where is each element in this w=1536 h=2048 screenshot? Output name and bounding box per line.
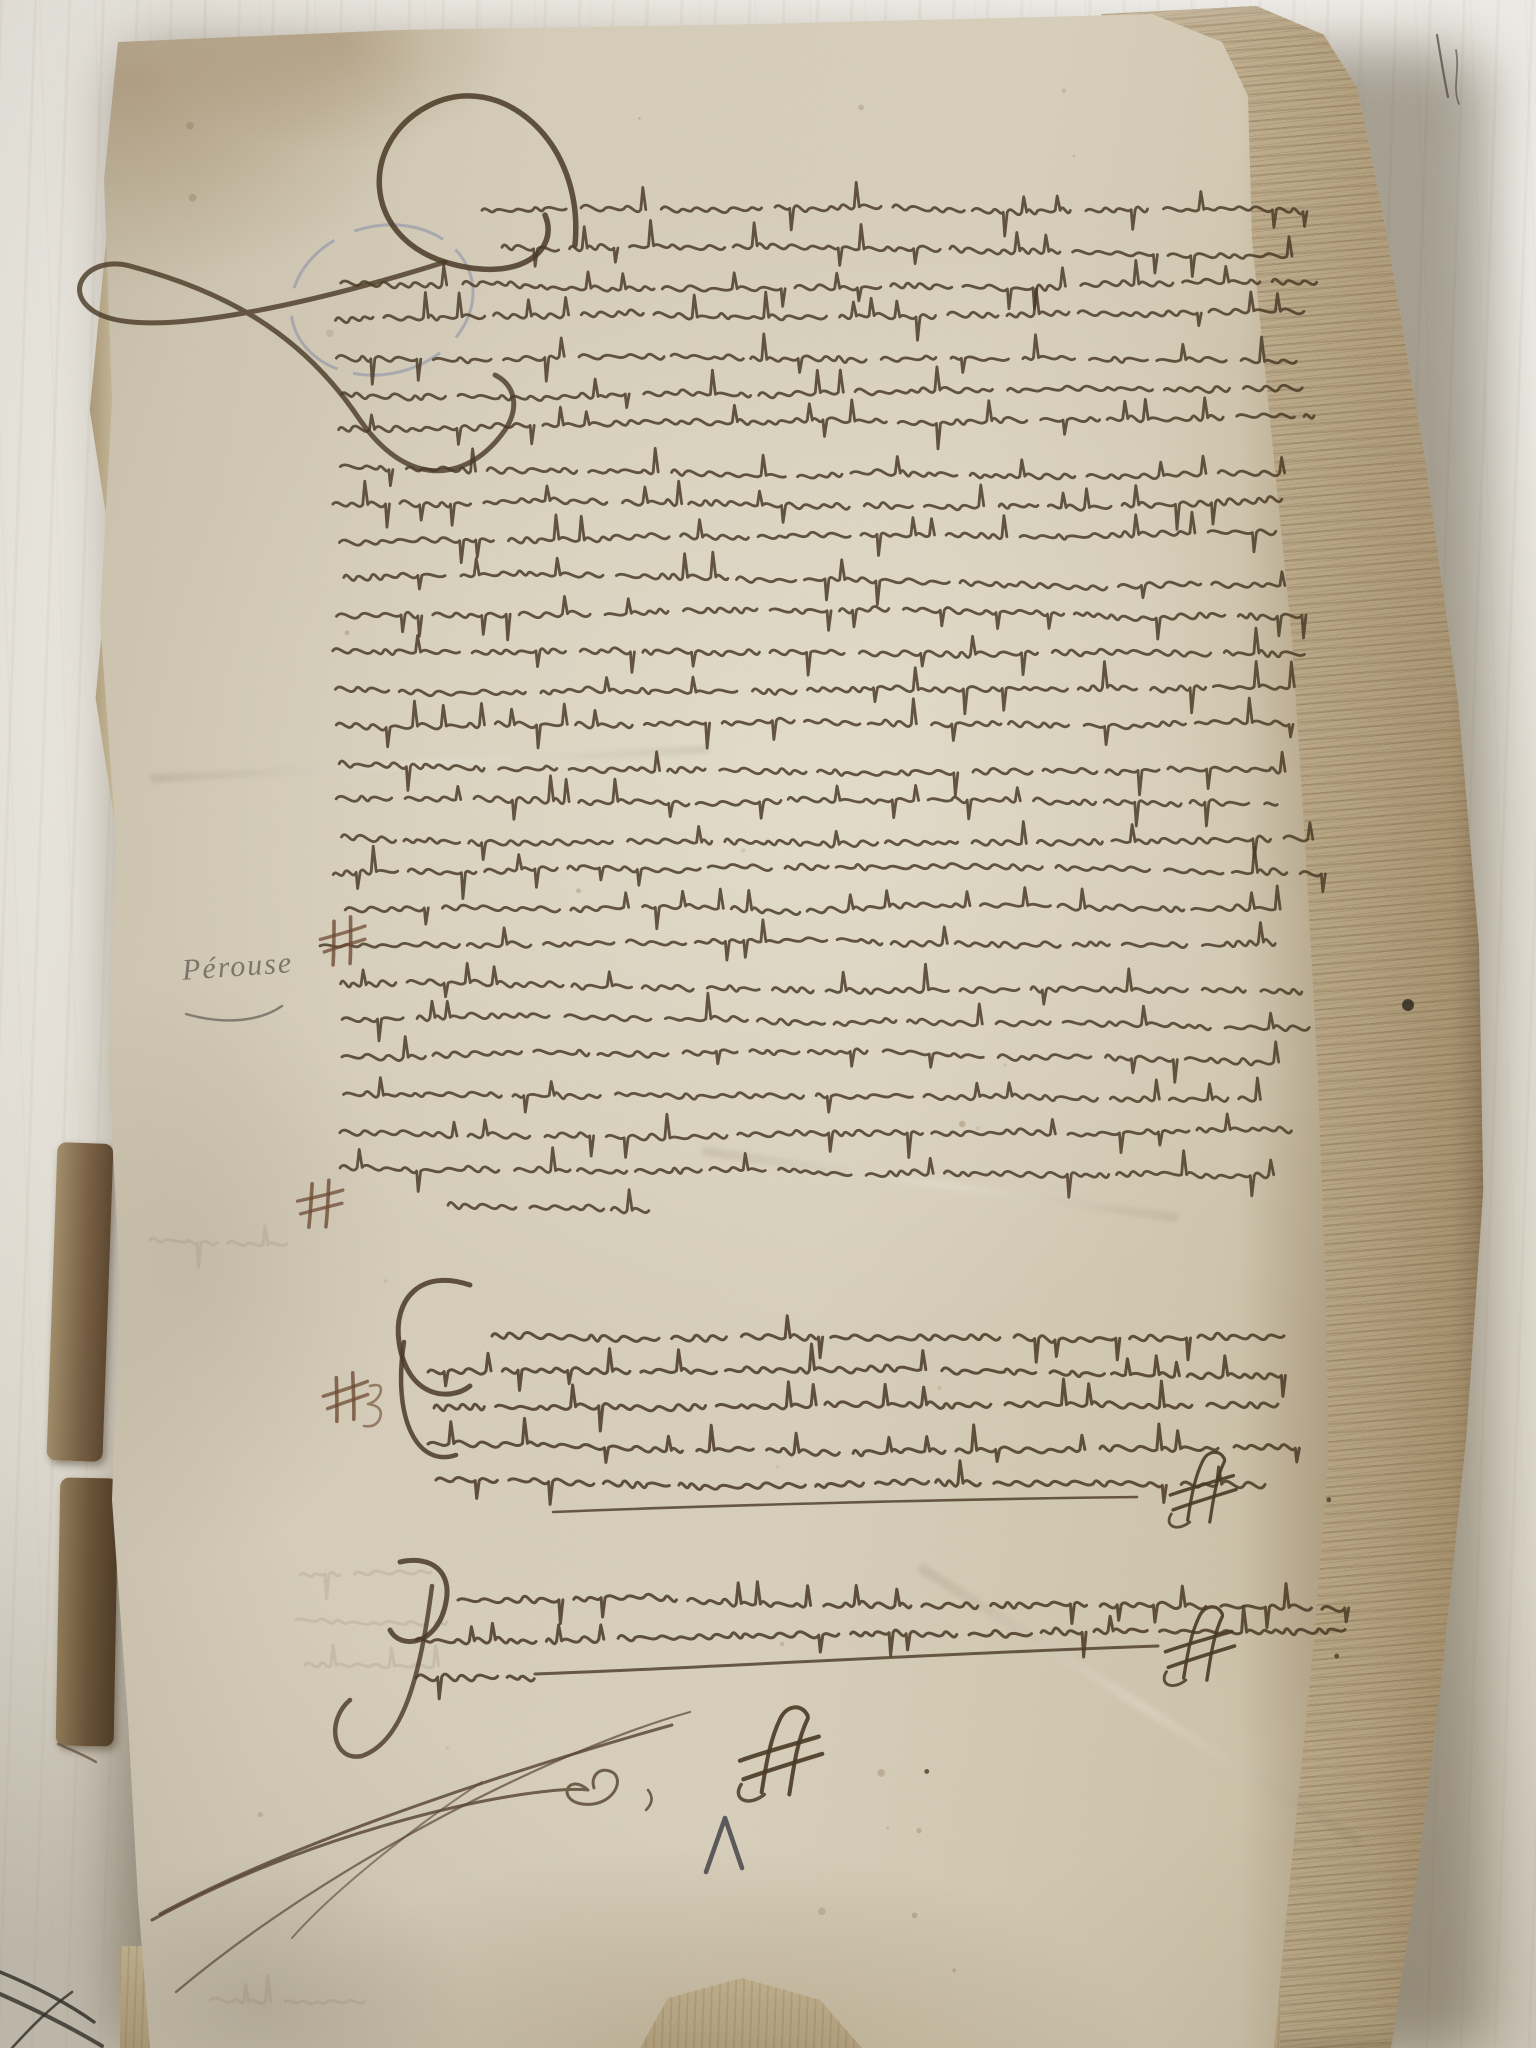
fox-spot [638,117,641,120]
margin-hash-mark [320,1371,373,1424]
fox-spot [258,1812,263,1817]
manuscript-line-main [482,182,1321,236]
fox-spot [384,1279,388,1283]
fox-spot [326,330,333,337]
manuscript-photo: Pérouse [0,0,1536,2048]
fox-spot [938,1386,942,1390]
fox-spot [858,104,864,110]
manuscript-line-main [339,398,1314,449]
fox-spot [912,1912,918,1918]
manuscript-line-entry2 [416,1674,534,1699]
fox-spot [776,1465,780,1469]
manuscript-line-main [448,1190,649,1213]
fox-spot [576,888,581,893]
manuscript-line-entry1 [436,1461,1279,1505]
manuscript-line-main [502,220,1292,276]
manuscript-line-main [342,822,1313,860]
sum-underline-2 [535,1646,1158,1674]
showthrough-ghost [296,1619,447,1626]
ink-blot [1402,999,1414,1011]
manuscript-line-main [340,1114,1304,1158]
edge-crack-marks [0,35,1459,2048]
pencil-note-underline [186,1006,282,1020]
fox-spot [780,1642,785,1647]
caret-mark [706,1818,742,1872]
ink-layer [0,0,1536,2048]
fox-spot [1004,1063,1007,1066]
manuscript-line-main [344,1078,1261,1112]
margin-hash-mark [318,915,370,967]
sum-underline-1 [553,1497,1137,1512]
manuscript-line-main [342,1037,1279,1083]
fox-spot [446,1746,449,1749]
blue-circle-annotation [186,206,489,1020]
manuscript-line-entry1 [428,1418,1314,1462]
margin-hash-mark [296,1179,346,1229]
showthrough-ghost [210,1976,380,2004]
sum-underlines [535,1497,1158,1674]
showthrough-ghost [150,1226,287,1268]
sum-end-dot [1334,1654,1339,1659]
fox-spot [952,1968,956,1972]
manuscript-line-main [336,334,1309,384]
fox-spot [1061,88,1066,93]
fox-spot [189,194,197,202]
fox-spot [959,1121,966,1128]
initial-flourishes [80,96,576,1757]
binding-fray [58,1744,96,1762]
binding-thread [0,1994,102,2046]
fox-spot [916,1828,921,1833]
manuscript-line-main [336,698,1305,748]
manuscript-line-main [342,993,1309,1041]
sum-entry [734,1700,930,1801]
manuscript-line-entry2 [458,1582,1349,1628]
binding-thread [12,1992,72,2048]
manuscript-line-main [336,776,1277,826]
fox-spot [495,1094,499,1098]
fox-spot [877,1769,885,1777]
fox-spot [976,1126,980,1130]
fox-spot [818,1907,826,1915]
manuscript-line-main [335,661,1294,713]
fox-spot [1072,154,1075,157]
sum-end-dot [1326,1497,1331,1502]
fox-spot [741,848,746,853]
sum-entry [1161,1600,1341,1686]
fox-spot [886,1826,889,1829]
manuscript-line-main [342,367,1316,408]
fox-spot [344,630,349,635]
manuscript-line-main [333,481,1282,529]
handwritten-text-lines [320,182,1349,1698]
manuscript-line-main [344,552,1300,604]
margin-hash-marks [296,915,381,1426]
manuscript-line-main [341,963,1302,1004]
manuscript-line-main [339,752,1285,796]
manuscript-line-main [340,1148,1274,1198]
margin-mark-z [364,1385,381,1426]
manuscript-line-main [336,596,1306,640]
signature-flourish [152,1712,690,1992]
sum-entry [1166,1446,1333,1527]
manuscript-line-main [335,289,1318,340]
manuscript-line-main [345,886,1292,929]
manuscript-line-entry1 [434,1379,1291,1431]
sum-end-dot [924,1769,929,1774]
showthrough-ghost [300,1571,431,1599]
manuscript-line-entry1 [428,1344,1301,1396]
manuscript-line-main [320,920,1275,960]
manuscript-line-main [339,512,1288,563]
fox-spot [186,122,194,130]
manuscript-line-entry2 [416,1606,1345,1657]
